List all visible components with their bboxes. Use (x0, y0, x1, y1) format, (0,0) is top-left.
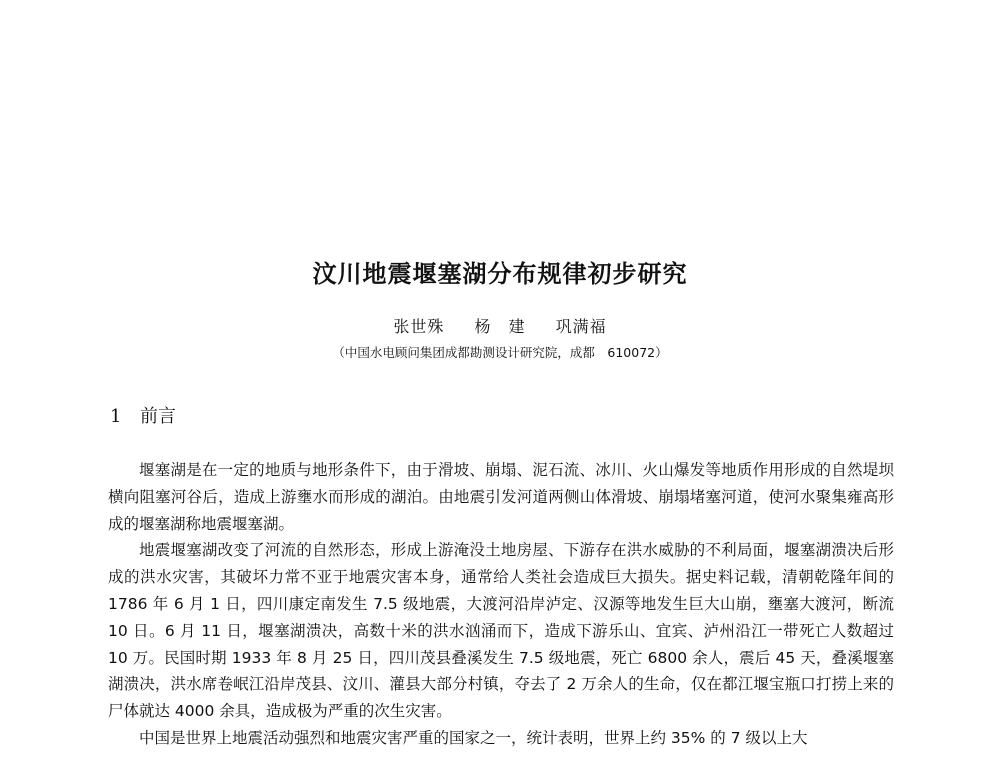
author-name: 张世殊 (393, 317, 444, 336)
author-name: 巩满福 (556, 317, 607, 336)
author-list: 张世殊 杨 建 巩满福 (0, 314, 1000, 337)
section-number: 1 (110, 406, 140, 427)
paper-page: 汶川地震堰塞湖分布规律初步研究 张世殊 杨 建 巩满福 （中国水电顾问集团成都勘… (0, 0, 1000, 767)
paper-title: 汶川地震堰塞湖分布规律初步研究 (0, 254, 1000, 289)
author-affiliation: （中国水电顾问集团成都勘测设计研究院，成都 610072） (0, 343, 1000, 361)
paragraph: 中国是世界上地震活动强烈和地震灾害严重的国家之一，统计表明，世界上约 35% 的… (108, 725, 894, 752)
paragraph: 地震堰塞湖改变了河流的自然形态，形成上游淹没土地房屋、下游存在洪水威胁的不利局面… (108, 537, 894, 725)
section-heading: 1前言 (110, 402, 176, 428)
author-name: 杨 建 (474, 317, 525, 336)
paragraph: 堰塞湖是在一定的地质与地形条件下，由于滑坡、崩塌、泥石流、冰川、火山爆发等地质作… (108, 457, 894, 537)
section-title: 前言 (140, 406, 176, 427)
body-text: 堰塞湖是在一定的地质与地形条件下，由于滑坡、崩塌、泥石流、冰川、火山爆发等地质作… (108, 457, 894, 752)
